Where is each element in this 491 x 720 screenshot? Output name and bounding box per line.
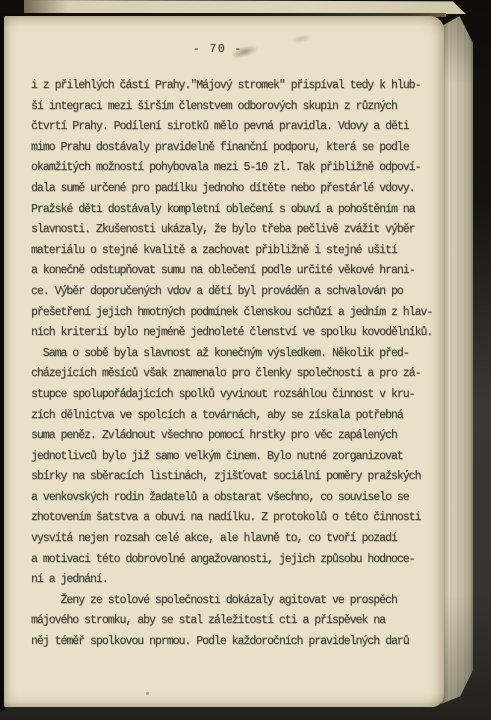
text-line: ní a jednání. [31,570,443,591]
text-line: něj téměř spolkovou nprmou. Podle každor… [31,632,443,653]
text-line: a motivaci této dobrovolné angažovanosti… [31,550,443,571]
text-line: čtvrtí Prahy. Podílení sirotků mělo pevn… [31,117,443,138]
text-line: stupce spolupořádajících spolků vyvinout… [31,385,443,406]
text-line: Sama o sobě byla slavnost až konečným vý… [31,344,443,365]
text-line: zhotovením šatstva a obuvi na nadílku. Z… [31,508,443,529]
page-number: - 70 - [193,43,243,56]
text-line: dala sumě určené pro padílku jednoho dít… [31,179,443,200]
text-line: suma peněz. Zvládnout všechno pomocí hrs… [31,426,443,447]
text-line: mimo Prahu dostávaly pravidelně finanční… [31,138,443,159]
text-line: sbírky na sběracích listinách, zjišťovat… [31,467,443,488]
body-text: i z přilehlých částí Prahy."Májový strom… [31,76,443,653]
ink-speck [146,692,149,695]
smudge-mark [289,33,312,45]
text-line: slavnosti. Zkušenosti ukázaly, že bylo t… [31,220,443,241]
text-line: a konečně odstupňovat sumu na oblečení p… [31,261,443,282]
text-line: materiálu o stejné kvalitě a zachovat př… [31,241,443,262]
previous-page-edge [24,0,466,14]
text-line: a venkovských rodin žadatelů a obstarat … [31,488,443,509]
text-line: ních kriterií bylo nejméně jednoleté čle… [31,323,443,344]
text-line: ší integraci mezi širším členstvem odbor… [31,97,443,118]
text-line: vysvítá nejen rozsah celé akce, ale hlav… [31,529,443,550]
book-fore-edge [441,14,473,706]
book-scan: - 70 - i z přilehlých částí Prahy."Májov… [0,0,491,720]
text-line: Pražské děti dostávaly kompletní oblečen… [31,200,443,221]
text-line: okamžitých možností pohybovala mezi 5-10… [31,158,443,179]
text-line: cházejících měsíců však znamenalo pro čl… [31,364,443,385]
text-line: májového stromku, aby se stal záležitost… [31,611,443,632]
text-line: Ženy ze stolové společnosti dokázaly agi… [31,591,443,612]
text-line: jednotlivců bylo již samo velkým činem. … [31,447,443,468]
scanned-page: - 70 - i z přilehlých částí Prahy."Májov… [4,16,444,707]
text-line: zích dělnictva ve spolcích a továrnách, … [31,406,443,427]
text-line: i z přilehlých částí Prahy."Májový strom… [31,76,443,97]
text-line: přešetření jejich hmotných podmínek člen… [31,303,443,324]
text-line: ce. Výběr doporučených vdov a dětí byl p… [31,282,443,303]
